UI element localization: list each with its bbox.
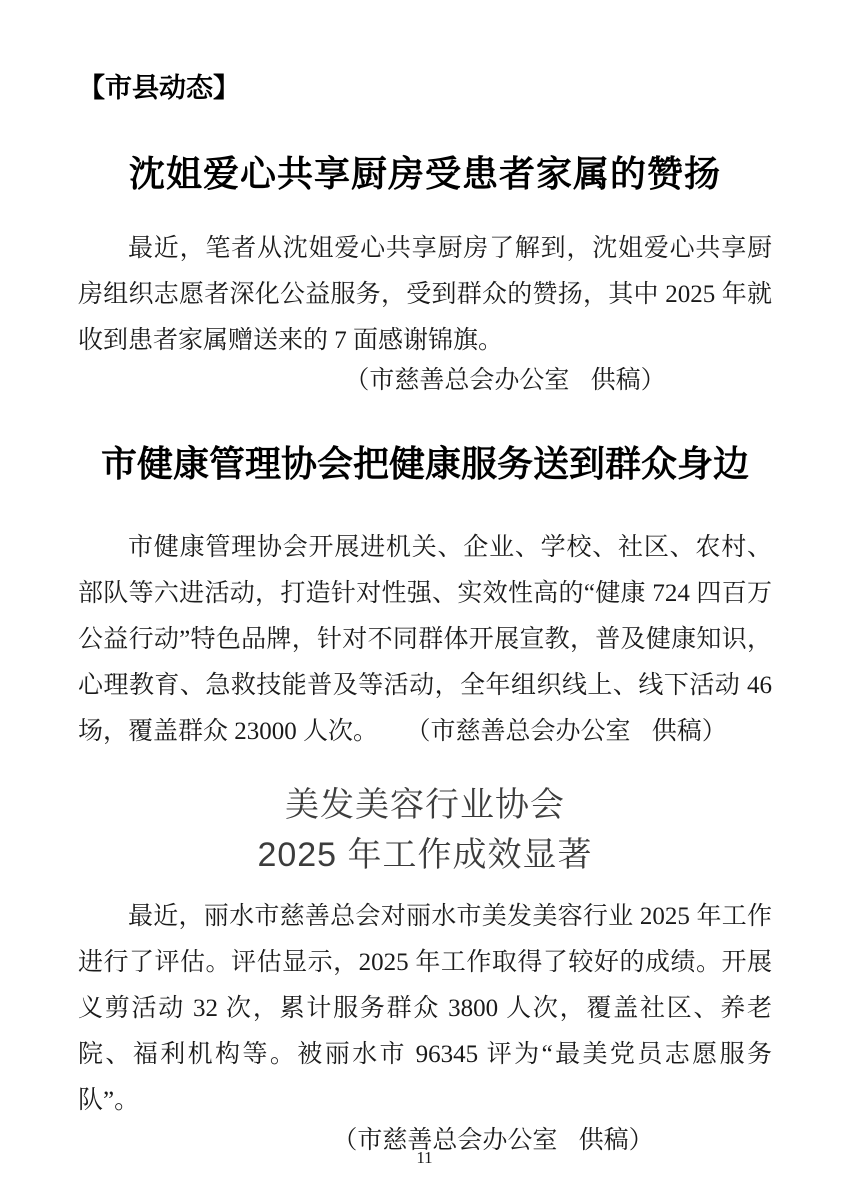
article-1-byline: （市慈善总会办公室 供稿） [158,358,849,404]
article-2: 市健康管理协会把健康服务送到群众身边 市健康管理协会开展进机关、企业、学校、社区… [78,440,772,755]
document-page: 【市县动态】 沈姐爱心共享厨房受患者家属的赞扬 最近，笔者从沈姐爱心共享厨房了解… [0,0,849,1200]
article-2-body: 市健康管理协会开展进机关、企业、学校、社区、农村、部队等六进活动，打造针对性强、… [78,525,772,755]
article-2-title: 市健康管理协会把健康服务送到群众身边 [78,440,772,488]
article-1-title: 沈姐爱心共享厨房受患者家属的赞扬 [78,150,772,198]
article-3-body: 最近，丽水市慈善总会对丽水市美发美容行业 2025 年工作进行了评估。评估显示，… [78,894,772,1124]
article-1-body: 最近，笔者从沈姐爱心共享厨房了解到，沈姐爱心共享厨房组织志愿者深化公益服务，受到… [78,226,772,364]
article-3-title: 美发美容行业协会2025 年工作成效显著 [78,780,772,880]
article-2-byline: （市慈善总会办公室 供稿） [418,718,727,745]
article-3-title-line-2: 2025 年工作成效显著 [78,830,772,880]
article-3-title-line-1: 美发美容行业协会 [78,780,772,830]
article-3: 美发美容行业协会2025 年工作成效显著 最近，丽水市慈善总会对丽水市美发美容行… [78,780,772,1164]
article-2-body-text: 市健康管理协会开展进机关、企业、学校、社区、农村、部队等六进活动，打造针对性强、… [78,534,772,745]
section-header: 【市县动态】 [78,70,772,106]
page-number: 11 [0,1148,849,1168]
article-1: 沈姐爱心共享厨房受患者家属的赞扬 最近，笔者从沈姐爱心共享厨房了解到，沈姐爱心共… [78,150,772,404]
